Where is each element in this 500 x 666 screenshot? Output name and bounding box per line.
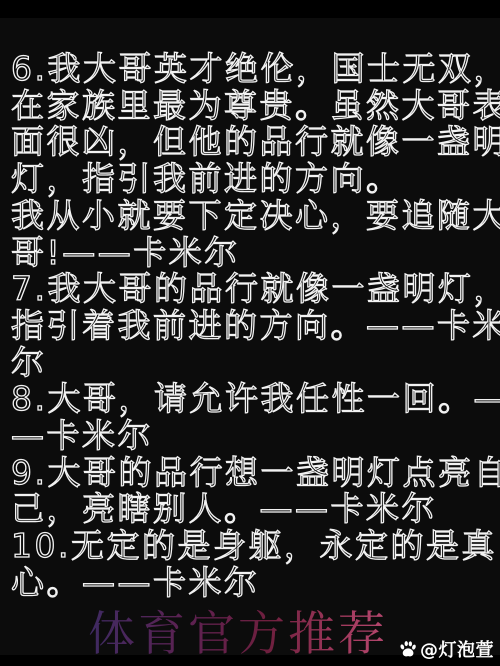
quote-line: 己，亮瞎别人。——卡米尔	[11, 491, 496, 528]
quote-line: 6.我大哥英才绝伦，国士无双，	[11, 51, 496, 88]
quote-line: 哥!——卡米尔	[11, 235, 496, 272]
baidu-paw-icon	[398, 639, 418, 659]
quote-line: 我从小就要下定决心，要追随大	[11, 198, 496, 235]
quote-line: 尔	[11, 345, 496, 382]
quote-line: 在家族里最为尊贵。虽然大哥表	[11, 88, 496, 125]
quote-line: 面很凶，但他的品行就像一盏明	[11, 124, 496, 161]
quote-line: 指引着我前进的方向。——卡米	[11, 308, 496, 345]
quote-card: 6.我大哥英才绝伦，国士无双， 在家族里最为尊贵。虽然大哥表 面很凶，但他的品行…	[0, 0, 500, 666]
author-handle: @灯泡萱	[420, 636, 494, 662]
quote-line: 10.无定的是身躯，永定的是真	[11, 528, 496, 565]
quote-line: 8.大哥，请允许我任性一回。—	[11, 381, 496, 418]
watermark-text: 体育官方推荐	[88, 597, 388, 664]
quote-line: 7.我大哥的品行就像一盏明灯，	[11, 271, 496, 308]
quote-line: 9.大哥的品行想一盏明灯点亮自	[11, 455, 496, 492]
quote-text-block: 6.我大哥英才绝伦，国士无双， 在家族里最为尊贵。虽然大哥表 面很凶，但他的品行…	[11, 51, 496, 602]
quote-line: —卡米尔	[11, 418, 496, 455]
author-credit: @灯泡萱	[398, 636, 494, 662]
quote-line: 灯，指引我前进的方向。	[11, 161, 496, 198]
